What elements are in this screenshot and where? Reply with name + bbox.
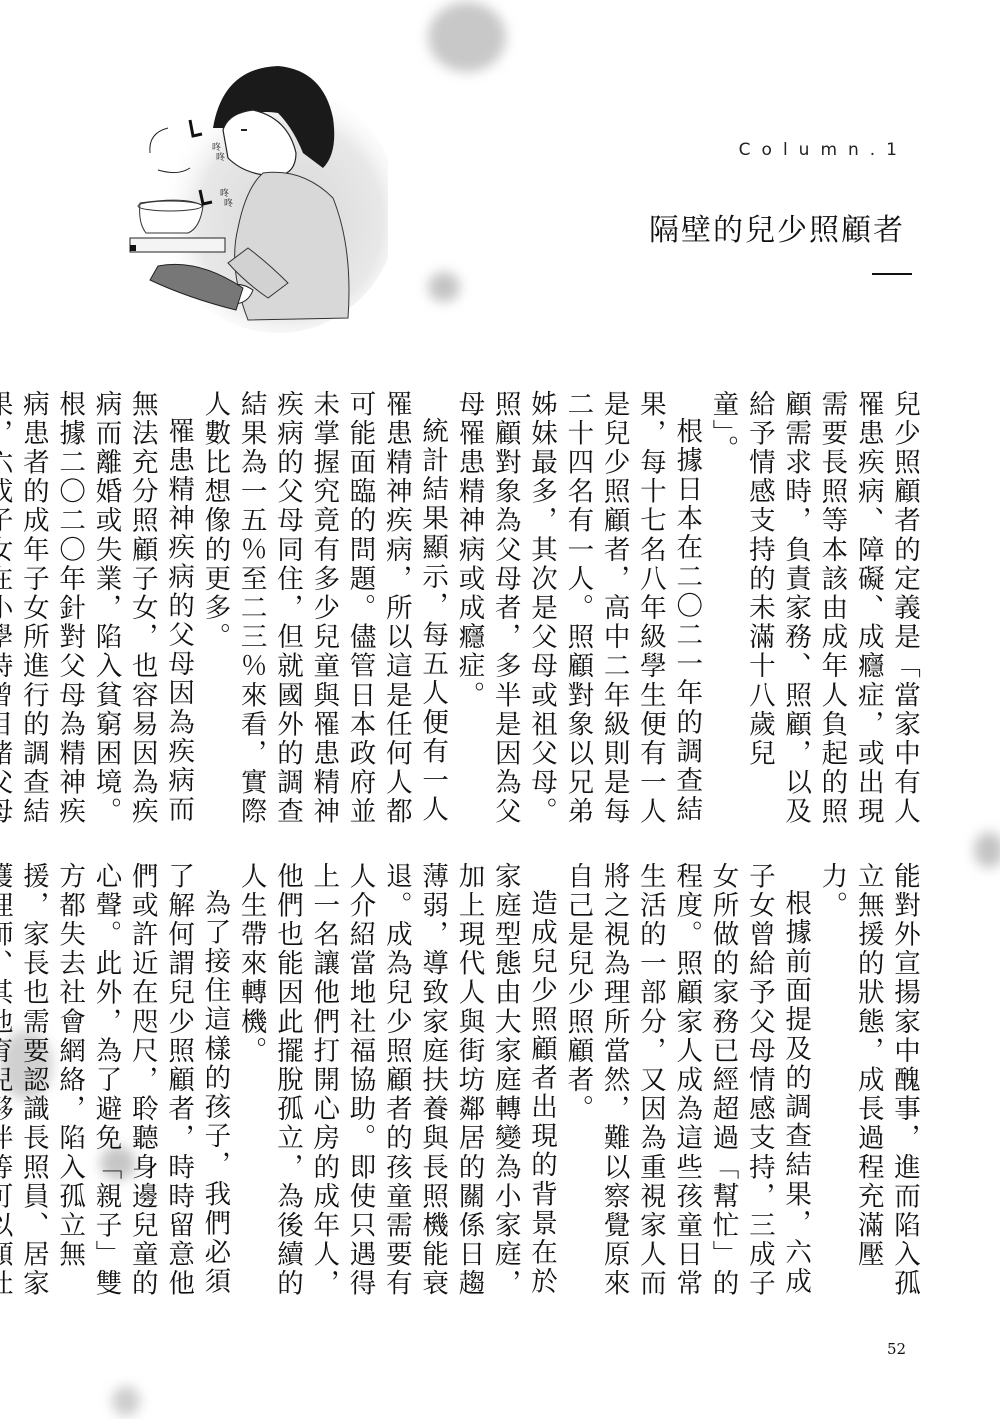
paragraph: 統計結果顯示，每五人便有一人罹患精神疾病，所以這是任何人都可能面臨的問題。儘管日…: [196, 390, 450, 830]
decorative-blob: [428, 272, 460, 302]
paragraph: 兒少照顧者的定義是「當家中有人罹患疾病、障礙、成癮症，或出現需要長照等本該由成年…: [704, 390, 922, 830]
svg-text:咚: 咚: [216, 151, 225, 163]
paragraph: 罹患精神疾病的父母因為疾病而無法充分照顧子女，也容易因為疾病而離婚或失業，陷入貧…: [0, 390, 196, 830]
article-title: 隔壁的兒少照顧者: [649, 205, 905, 249]
girl-cooking-illustration: 咚 咚 咚 咚: [128, 58, 388, 333]
decorative-blob: [428, 2, 506, 72]
paragraph: 根據日本在二〇二一年的調查結果，每十七名八年級學生便有一人是兒少照顧者，高中二年…: [450, 390, 704, 830]
svg-text:咚: 咚: [224, 197, 233, 209]
paragraph: 根據前面提及的調查結果，六成子女曾給予父母情感支持，三成子女所做的家務已經超過「…: [559, 862, 813, 1302]
column-label: Column.1: [739, 140, 908, 160]
decorative-blob: [112, 1386, 140, 1416]
paragraph: 為了接住這樣的孩子，我們必須了解何謂兒少照顧者，時時留意他們或許近在咫尺，聆聽身…: [0, 862, 232, 1302]
paragraph: 造成兒少照顧者出現的背景在於家庭型態由大家庭轉變為小家庭，加上現代人與街坊鄰居的…: [232, 862, 559, 1302]
paragraph: 能對外宣揚家中醜事，進而陷入孤立無援的狀態，成長過程充滿壓力。: [813, 862, 922, 1302]
sound-effect: 咚: [212, 141, 221, 153]
title-divider: [872, 273, 912, 275]
body-text-bottom: 能對外宣揚家中醜事，進而陷入孤立無援的狀態，成長過程充滿壓力。 根據前面提及的調…: [142, 862, 922, 1302]
decorative-blob: [974, 832, 1000, 868]
page-number: 52: [887, 1340, 906, 1358]
svg-text:咚: 咚: [220, 187, 229, 199]
body-text-top: 兒少照顧者的定義是「當家中有人罹患疾病、障礙、成癮症，或出現需要長照等本該由成年…: [72, 390, 922, 830]
